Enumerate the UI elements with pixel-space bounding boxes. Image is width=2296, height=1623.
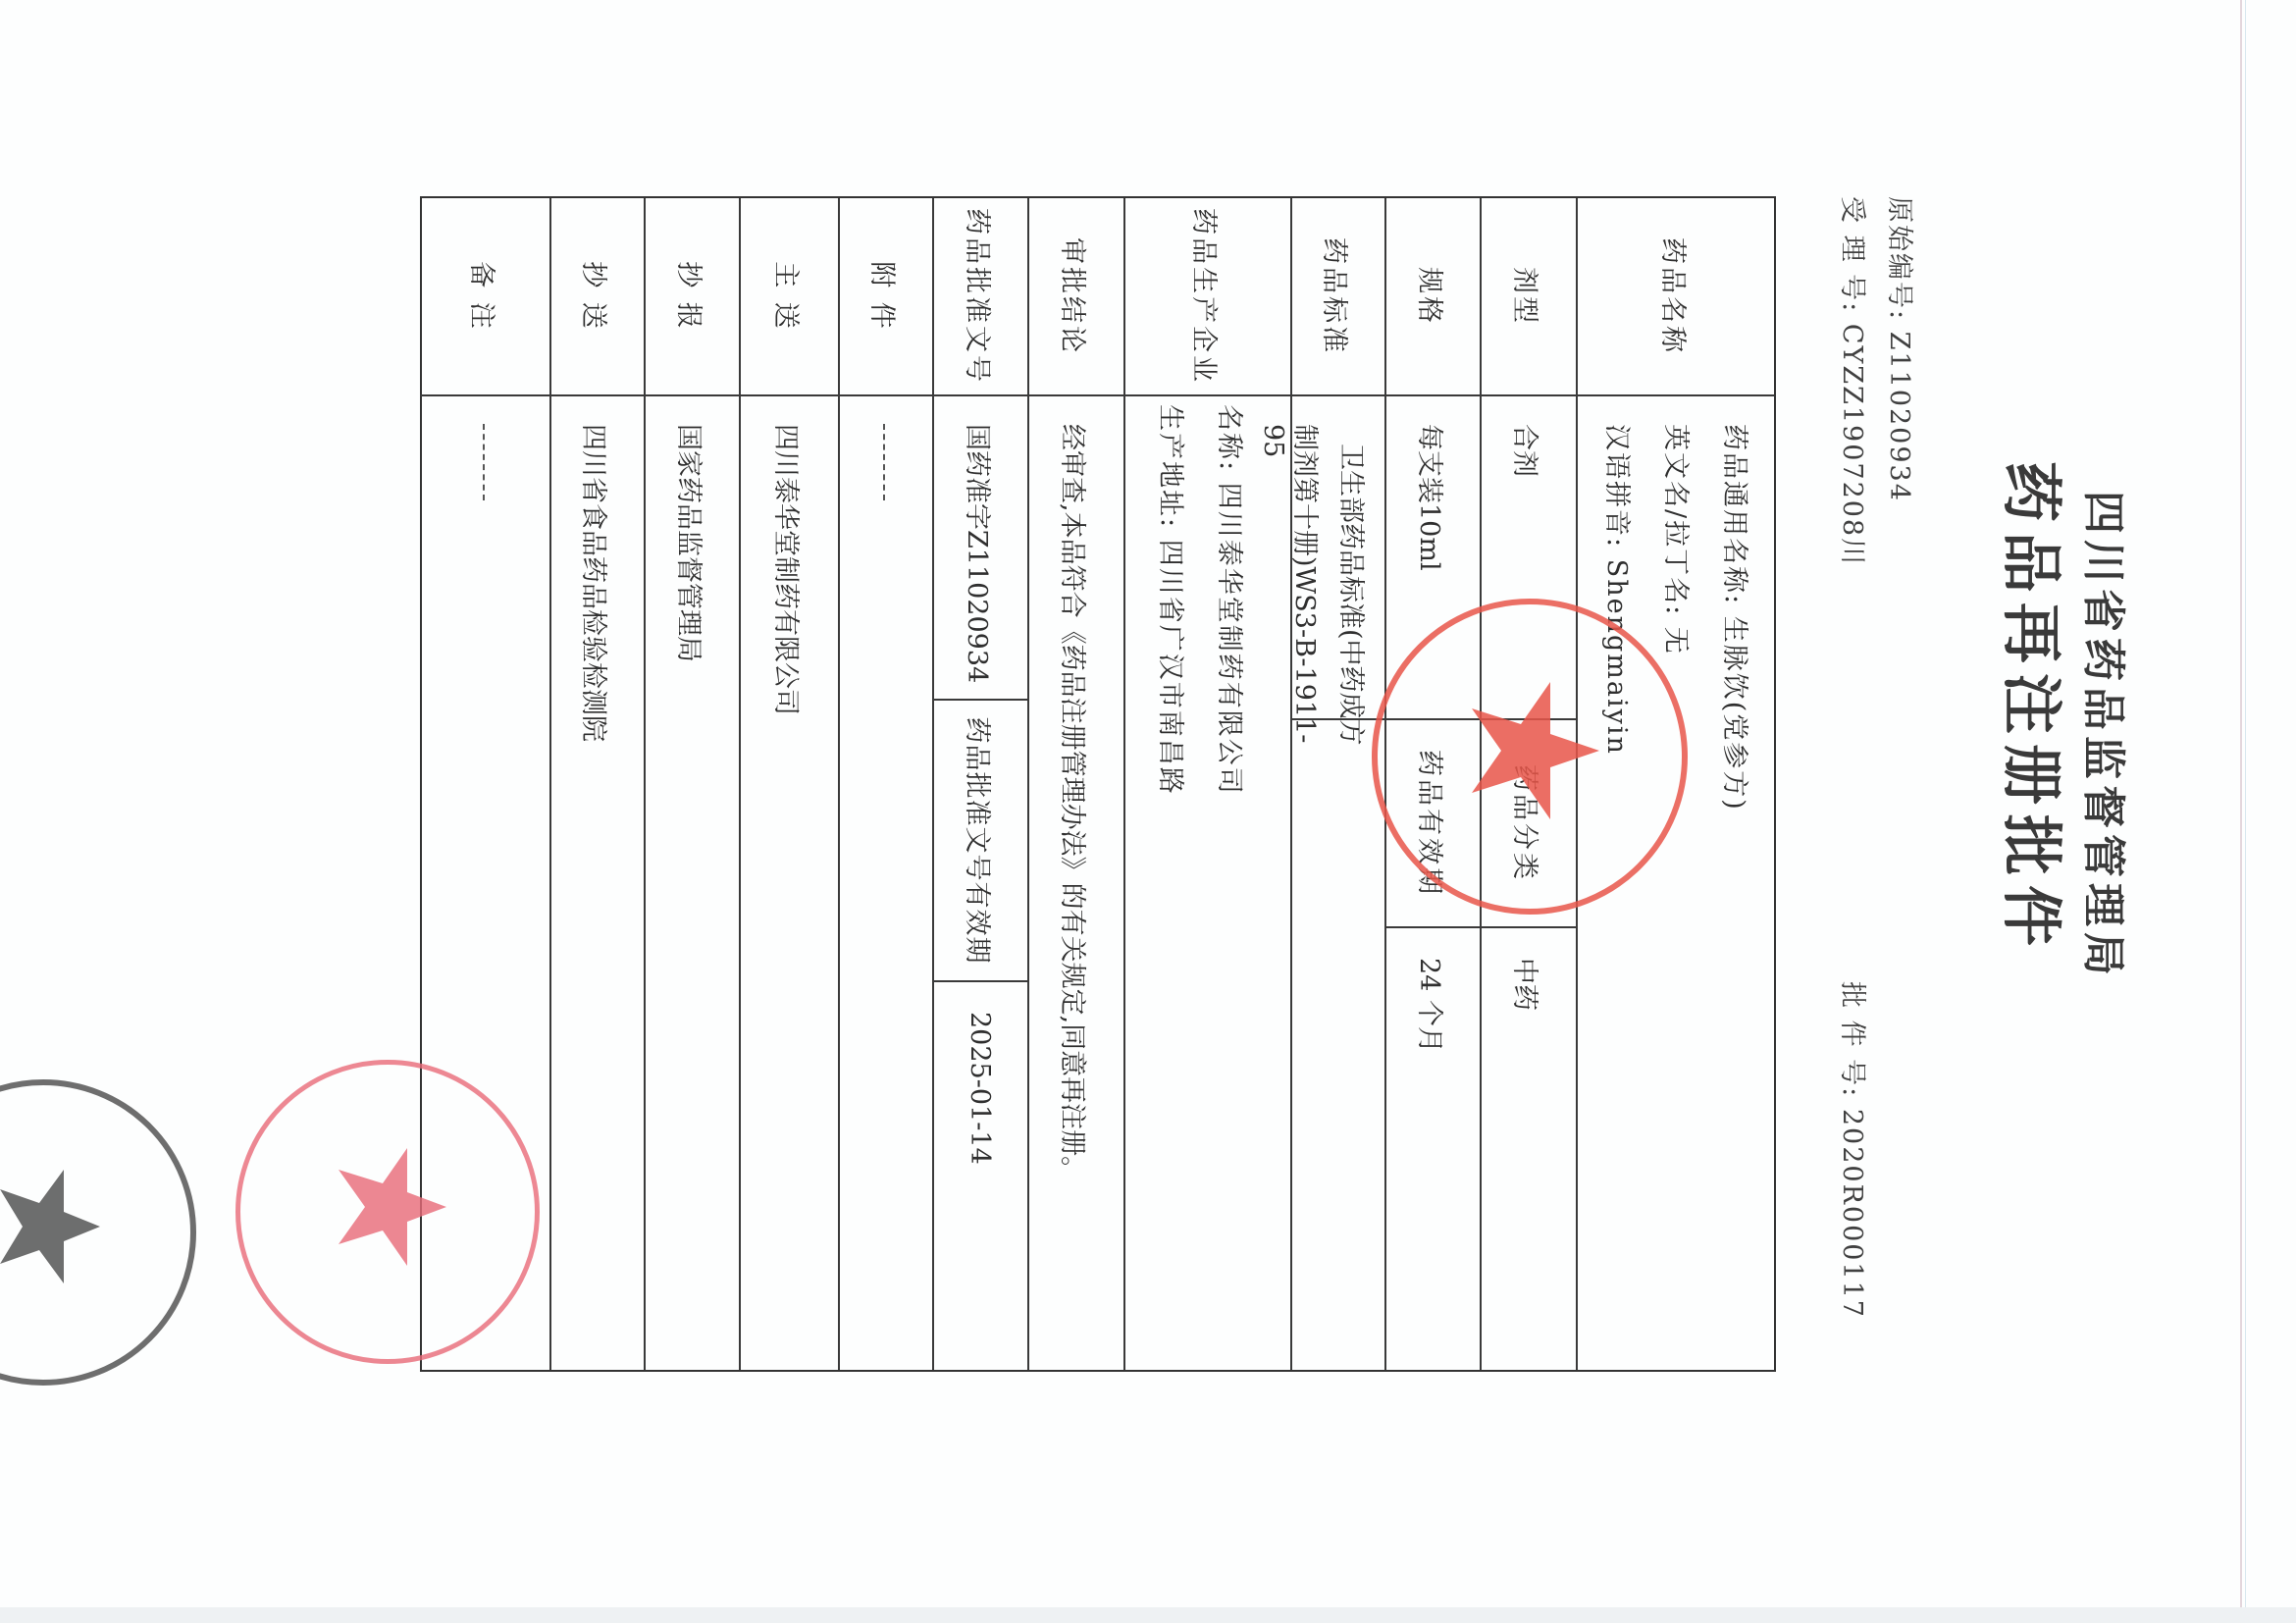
row-approval-number: 药品批准文号 国药准字Z11020934 药品批准文号有效期 2025-01-1…: [932, 198, 1029, 1370]
drug-category-value: 中药: [1480, 928, 1576, 1370]
row-attachment: 附 件: [838, 198, 934, 1370]
row-main-recipient: 主 送 四川泰华堂制药有限公司: [739, 198, 840, 1370]
document-title: 药品再注册批件: [1993, 461, 2080, 956]
star-icon: [1383, 599, 1688, 903]
label-remarks: 备 注: [420, 198, 549, 396]
row-conclusion: 审批结论 经审查,本品符合《药品注册管理办法》的有关规定,同意再注册。: [1027, 198, 1125, 1370]
label-manufacturer: 药品生产企业: [1123, 198, 1290, 396]
label-attachment: 附 件: [838, 198, 932, 396]
row-cc-report: 抄 报 国家药品监督管理局: [644, 198, 741, 1370]
standard-line1: 卫生部药品标准(中药成方: [1334, 424, 1373, 748]
label-cc-report: 抄 报: [644, 198, 739, 396]
label-dosage-form: 剂型: [1480, 198, 1576, 396]
approval-validity-value: 2025-01-14: [932, 982, 1027, 1370]
star-icon: [0, 1079, 196, 1374]
remarks-empty-dash: [483, 424, 485, 500]
acceptance-number: 受 理 号: CYZZ1907208川: [1836, 196, 1874, 566]
conclusion-value: 经审查,本品符合《药品注册管理办法》的有关规定,同意再注册。: [1027, 394, 1123, 1370]
document-page: 四川省药品监督管理局 药品再注册批件 原始编号: Z11020934 受 理 号…: [0, 0, 2296, 1623]
label-approval-validity: 药品批准文号有效期: [932, 699, 1027, 982]
original-number: 原始编号: Z11020934: [1883, 196, 1921, 502]
label-drug-name: 药品名称: [1578, 198, 1774, 396]
attachment-empty-dash: [883, 424, 885, 500]
shelf-life-value: 24 个月: [1384, 928, 1480, 1370]
cc-send-value: 四川省食品药品检验检测院: [549, 394, 644, 1370]
cc-report-value: 国家药品监督管理局: [644, 394, 739, 1370]
label-approval-number: 药品批准文号: [932, 198, 1027, 396]
star-icon: [245, 1060, 540, 1354]
label-conclusion: 审批结论: [1027, 198, 1123, 396]
manufacturer-name: 名称: 四川泰华堂制药有限公司: [1213, 404, 1251, 796]
manufacturer-address: 生产地址: 四川省广汉市南昌路: [1154, 404, 1192, 796]
company-seal-stamp: [1372, 599, 1688, 915]
approval-number-value: 国药准字Z11020934: [932, 394, 1027, 728]
issuing-agency: 四川省药品监督管理局: [2076, 491, 2139, 981]
label-main-recipient: 主 送: [739, 198, 838, 396]
approval-document-number: 批 件 号: 2020R000117: [1836, 981, 1874, 1319]
administrative-approval-seal: [0, 1079, 196, 1386]
main-recipient-value: 四川泰华堂制药有限公司: [739, 394, 838, 1370]
label-standard: 药品标准: [1290, 198, 1384, 396]
generic-name: 药品通用名称: 生脉饮(党参方): [1718, 424, 1756, 811]
label-cc-send: 抄 送: [549, 198, 644, 396]
row-manufacturer: 药品生产企业 名称: 四川泰华堂制药有限公司 生产地址: 四川省广汉市南昌路: [1123, 198, 1292, 1370]
recipient-seal-stamp: [235, 1060, 540, 1364]
row-standard: 药品标准 卫生部药品标准(中药成方 制剂第十册)WS3-B-1911-95: [1290, 198, 1386, 1370]
row-cc-send: 抄 送 四川省食品药品检验检测院: [549, 198, 646, 1370]
label-specification: 规格: [1384, 198, 1480, 396]
